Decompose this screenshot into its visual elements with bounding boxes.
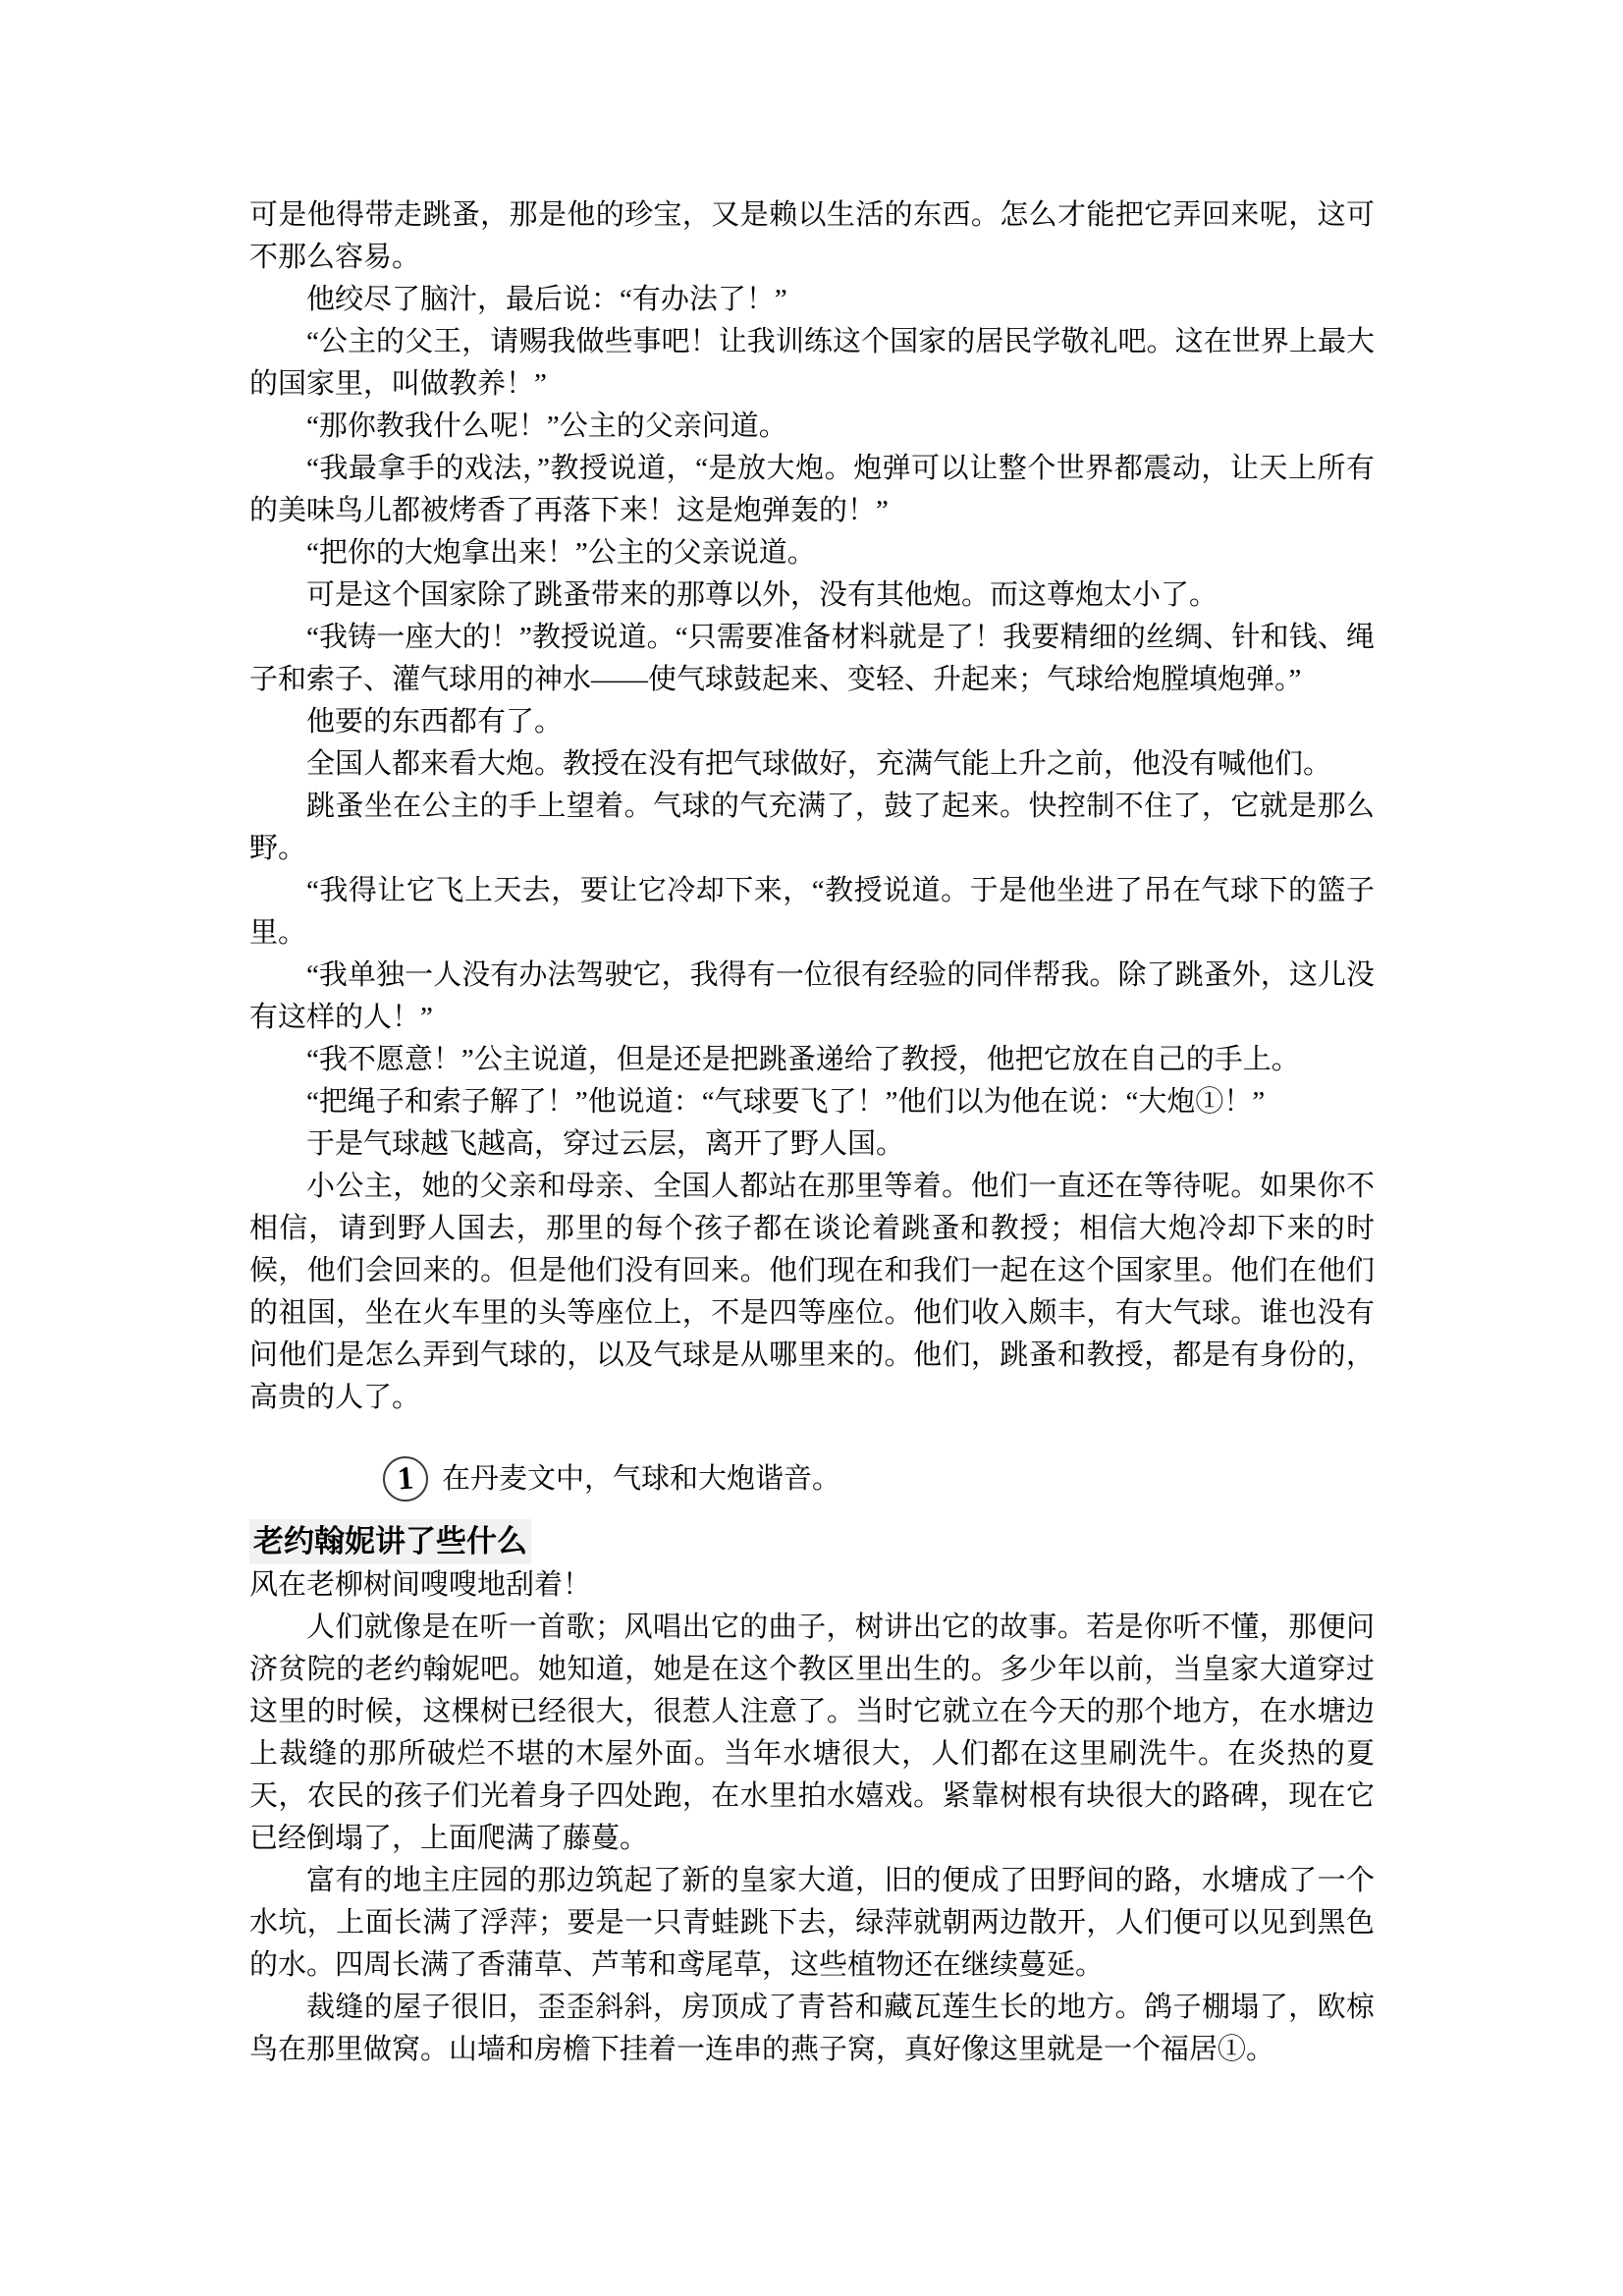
paragraph: “把绳子和索子解了！”他说道：“气球要飞了！”他们以为他在说：“大炮①！” [249, 1081, 1375, 1123]
story2-heading: 老约翰妮讲了些什么 [249, 1515, 1375, 1564]
paragraph: “公主的父王，请赐我做些事吧！让我训练这个国家的居民学敬礼吧。这在世界上最大的国… [249, 321, 1375, 406]
story2-section: 老约翰妮讲了些什么 风在老柳树间嗖嗖地刮着！ 人们就像是在听一首歌；风唱出它的曲… [249, 1515, 1375, 2071]
paragraph: 风在老柳树间嗖嗖地刮着！ [249, 1564, 1375, 1607]
paragraph: “我不愿意！”公主说道，但是还是把跳蚤递给了教授，他把它放在自己的手上。 [249, 1039, 1375, 1081]
footnote: 1 在丹麦文中，气球和大炮谐音。 [383, 1456, 1375, 1502]
paragraph: “我单独一人没有办法驾驶它，我得有一位很有经验的同伴帮我。除了跳蚤外，这儿没有这… [249, 955, 1375, 1039]
paragraph: “我得让它飞上天去，要让它冷却下来，“教授说道。于是他坐进了吊在气球下的篮子里。 [249, 870, 1375, 955]
paragraph: 裁缝的屋子很旧，歪歪斜斜，房顶成了青苔和藏瓦莲生长的地方。鸽子棚塌了，欧椋鸟在那… [249, 1987, 1375, 2071]
paragraph: “那你教我什么呢！”公主的父亲问道。 [249, 406, 1375, 448]
paragraph: “我最拿手的戏法，”教授说道，“是放大炮。炮弹可以让整个世界都震动，让天上所有的… [249, 448, 1375, 532]
paragraph: “我铸一座大的！”教授说道。“只需要准备材料就是了！我要精细的丝绸、针和钱、绳子… [249, 617, 1375, 701]
paragraph: 他绞尽了脑汁，最后说：“有办法了！” [249, 279, 1375, 321]
footnote-circle-marker: 1 [381, 1454, 429, 1503]
paragraph: “把你的大炮拿出来！”公主的父亲说道。 [249, 532, 1375, 574]
paragraph: 全国人都来看大炮。教授在没有把气球做好，充满气能上升之前，他没有喊他们。 [249, 743, 1375, 786]
paragraph: 人们就像是在听一首歌；风唱出它的曲子，树讲出它的故事。若是你听不懂，那便问济贫院… [249, 1607, 1375, 1860]
paragraph: 他要的东西都有了。 [249, 701, 1375, 743]
paragraph: 跳蚤坐在公主的手上望着。气球的气充满了，鼓了起来。快控制不住了，它就是那么野。 [249, 786, 1375, 870]
story1-section: 可是他得带走跳蚤，那是他的珍宝，又是赖以生活的东西。怎么才能把它弄回来呢，这可不… [249, 194, 1375, 1502]
paragraph: 小公主，她的父亲和母亲、全国人都站在那里等着。他们一直还在等待呢。如果你不相信，… [249, 1166, 1375, 1419]
paragraph: 于是气球越飞越高，穿过云层，离开了野人国。 [249, 1123, 1375, 1166]
page-content: 可是他得带走跳蚤，那是他的珍宝，又是赖以生活的东西。怎么才能把它弄回来呢，这可不… [0, 0, 1623, 2071]
story2-heading-label: 老约翰妮讲了些什么 [249, 1519, 531, 1564]
paragraph: 可是他得带走跳蚤，那是他的珍宝，又是赖以生活的东西。怎么才能把它弄回来呢，这可不… [249, 194, 1375, 279]
document-page: 可是他得带走跳蚤，那是他的珍宝，又是赖以生活的东西。怎么才能把它弄回来呢，这可不… [0, 0, 1623, 2296]
footnote-text: 在丹麦文中，气球和大炮谐音。 [442, 1458, 840, 1501]
paragraph: 富有的地主庄园的那边筑起了新的皇家大道，旧的便成了田野间的路，水塘成了一个水坑，… [249, 1860, 1375, 1987]
paragraph: 可是这个国家除了跳蚤带来的那尊以外，没有其他炮。而这尊炮太小了。 [249, 574, 1375, 617]
